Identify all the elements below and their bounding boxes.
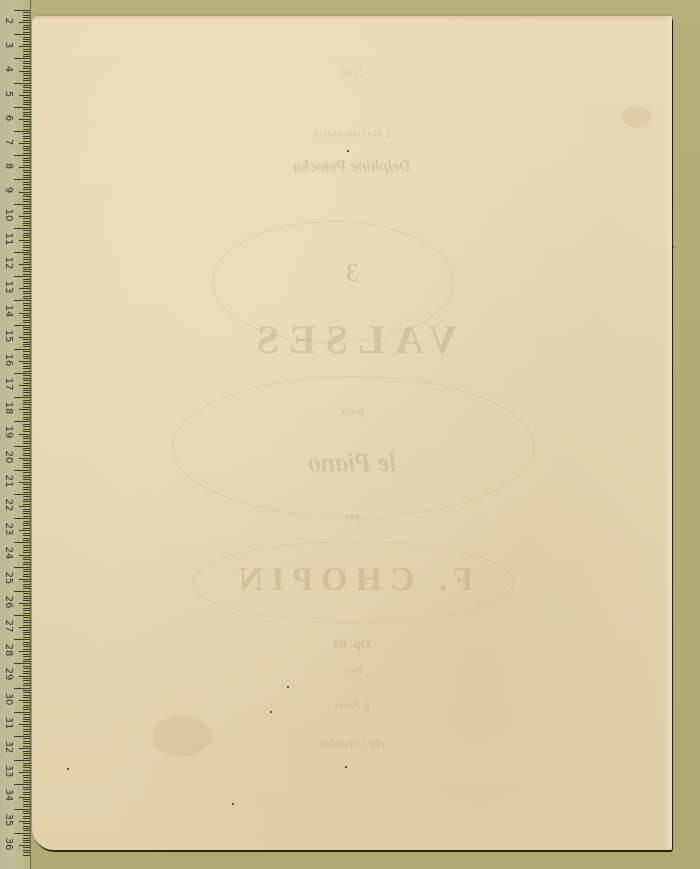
- ruler-tick: [23, 100, 30, 101]
- ruler-tick: [23, 455, 30, 456]
- ruler-tick: [14, 58, 30, 59]
- ruler-tick: [14, 276, 30, 277]
- bleed-title: VALSES: [32, 316, 672, 363]
- ruler-tick: [23, 644, 30, 645]
- ruler-tick: [23, 25, 30, 26]
- paper-speck: [287, 686, 289, 688]
- ruler-tick: [14, 446, 30, 447]
- ruler-tick: [23, 102, 30, 103]
- ruler-tick: [23, 342, 30, 343]
- ruler-tick: [14, 470, 30, 471]
- ruler-tick: [23, 136, 30, 137]
- ruler-tick: [23, 262, 30, 263]
- ruler-number: 31: [3, 716, 13, 730]
- ruler-tick: [14, 809, 30, 810]
- ruler-tick: [14, 833, 30, 834]
- ruler-tick: [23, 298, 30, 299]
- ruler-tick: [23, 75, 30, 76]
- ruler-number: 20: [3, 450, 13, 464]
- ruler-tick: [23, 605, 30, 606]
- ruler-tick: [23, 61, 30, 62]
- ruler-tick: [23, 189, 30, 190]
- ruler-tick: [19, 216, 30, 217]
- ruler-number: 14: [3, 304, 13, 318]
- ruler-tick: [23, 489, 30, 490]
- ruler-tick: [23, 73, 30, 74]
- ruler-tick: [23, 593, 30, 594]
- ruler-tick: [23, 564, 30, 565]
- ruler-number: 34: [3, 788, 13, 802]
- ruler-tick: [23, 826, 30, 827]
- ruler-tick: [23, 221, 30, 222]
- ruler-tick: [23, 847, 30, 848]
- bleed-dedication-line: à Mademoiselle: [32, 129, 672, 140]
- ruler-tick: [23, 654, 30, 655]
- ruler-tick: [23, 305, 30, 306]
- ruler-tick: [23, 811, 30, 812]
- ruler-tick: [23, 424, 30, 425]
- ruler-tick: [23, 596, 30, 597]
- ruler-tick: [23, 731, 30, 732]
- ruler-tick: [19, 651, 30, 652]
- ruler-tick: [23, 133, 30, 134]
- ruler-tick: [23, 414, 30, 415]
- ruler-tick: [23, 751, 30, 752]
- ruler-tick: [23, 184, 30, 185]
- ruler-tick: [23, 487, 30, 488]
- ruler-tick: [23, 170, 30, 171]
- ruler-tick: [23, 780, 30, 781]
- ruler-tick: [23, 656, 30, 657]
- ruler-tick: [23, 92, 30, 93]
- ruler-tick: [23, 775, 30, 776]
- ruler-tick: [23, 622, 30, 623]
- ruler-tick: [23, 44, 30, 45]
- ruler-number: 13: [3, 280, 13, 294]
- ruler-tick: [23, 714, 30, 715]
- ruler-tick: [23, 830, 30, 831]
- ruler-tick: [14, 712, 30, 713]
- ruler-tick: [23, 199, 30, 200]
- bleed-flourish: [172, 376, 534, 518]
- ruler-tick: [23, 705, 30, 706]
- ruler-tick: [23, 429, 30, 430]
- ruler-tick: [23, 56, 30, 57]
- ruler-tick: [23, 112, 30, 113]
- ruler-tick: [23, 453, 30, 454]
- ruler-tick: [23, 175, 30, 176]
- ruler-number: 10: [3, 208, 13, 222]
- ruler-number: 16: [3, 353, 13, 367]
- ruler-tick: [19, 337, 30, 338]
- ruler-tick: [14, 421, 30, 422]
- ruler-number: 2: [3, 14, 13, 28]
- ruler-tick: [23, 719, 30, 720]
- ruler-tick: [23, 467, 30, 468]
- ruler-tick: [23, 828, 30, 829]
- ruler-tick: [23, 392, 30, 393]
- ruler-tick: [23, 777, 30, 778]
- ruler-tick: [14, 663, 30, 664]
- ruler-tick: [23, 218, 30, 219]
- ruler-tick: [23, 586, 30, 587]
- ruler-tick: [23, 354, 30, 355]
- ruler-tick: [23, 211, 30, 212]
- ruler-number: 5: [3, 87, 13, 101]
- ruler-tick: [23, 160, 30, 161]
- ruler-tick: [23, 692, 30, 693]
- ruler-tick: [14, 300, 30, 301]
- ruler-tick: [19, 22, 30, 23]
- ruler-tick: [23, 308, 30, 309]
- ruler-tick: [23, 852, 30, 853]
- ruler-tick: [23, 317, 30, 318]
- ruler-tick: [23, 850, 30, 851]
- ruler-tick: [19, 264, 30, 265]
- ruler-tick: [19, 700, 30, 701]
- ruler-tick: [23, 20, 30, 21]
- ruler-tick: [23, 109, 30, 110]
- ruler-tick: [14, 252, 30, 253]
- ruler-tick: [23, 165, 30, 166]
- ruler-tick: [23, 194, 30, 195]
- ruler-tick: [23, 816, 30, 817]
- ruler-number: 11: [3, 232, 13, 246]
- ruler-tick: [23, 417, 30, 418]
- ruler-tick: [23, 697, 30, 698]
- ruler-tick: [23, 571, 30, 572]
- ruler-tick: [23, 254, 30, 255]
- paper-speck: [672, 246, 674, 248]
- ruler-tick: [23, 29, 30, 30]
- ruler-tick: [23, 283, 30, 284]
- ruler-tick: [23, 642, 30, 643]
- ruler-number: 17: [3, 377, 13, 391]
- ruler-tick: [19, 627, 30, 628]
- ruler-tick: [23, 738, 30, 739]
- ruler-tick: [23, 479, 30, 480]
- ruler-tick: [23, 213, 30, 214]
- ruler-tick: [23, 683, 30, 684]
- ruler-tick: [23, 509, 30, 510]
- ruler-tick: [23, 368, 30, 369]
- ruler-tick: [23, 726, 30, 727]
- ruler-tick: [19, 845, 30, 846]
- ruler-tick: [23, 552, 30, 553]
- ruler-tick: [23, 286, 30, 287]
- ruler-tick: [23, 765, 30, 766]
- ruler-tick: [23, 153, 30, 154]
- ruler-tick: [23, 150, 30, 151]
- ruler-tick: [23, 259, 30, 260]
- ruler-tick: [23, 690, 30, 691]
- ruler-tick: [23, 223, 30, 224]
- ruler-number: 7: [3, 135, 13, 149]
- paper-speck: [232, 803, 234, 805]
- ruler-number: 21: [3, 474, 13, 488]
- ruler-tick: [23, 823, 30, 824]
- ruler-tick: [23, 402, 30, 403]
- ruler-tick: [23, 741, 30, 742]
- ruler-tick: [19, 361, 30, 362]
- ruler-tick: [23, 600, 30, 601]
- ruler-tick: [23, 789, 30, 790]
- ruler-tick: [19, 71, 30, 72]
- ruler-tick: [23, 85, 30, 86]
- ruler-tick: [14, 325, 30, 326]
- ruler-tick: [23, 465, 30, 466]
- ruler-tick: [23, 632, 30, 633]
- ruler-tick: [23, 37, 30, 38]
- ruler-tick: [23, 363, 30, 364]
- ruler-tick: [23, 709, 30, 710]
- ruler-tick: [23, 787, 30, 788]
- ruler-tick: [23, 346, 30, 347]
- ruler-tick: [23, 499, 30, 500]
- ruler-number: 36: [3, 837, 13, 851]
- ruler-tick: [19, 119, 30, 120]
- ruler-tick: [23, 538, 30, 539]
- ruler-tick: [23, 177, 30, 178]
- paper-right-edge: [664, 16, 672, 850]
- ruler-tick: [23, 196, 30, 197]
- ruler-tick: [19, 409, 30, 410]
- ruler-tick: [23, 395, 30, 396]
- ruler-tick: [23, 344, 30, 345]
- bleed-pour: pour: [32, 404, 672, 419]
- ruler-number: 27: [3, 619, 13, 633]
- ruler-number: 18: [3, 401, 13, 415]
- ruler-tick: [14, 373, 30, 374]
- ruler-tick: [14, 639, 30, 640]
- ruler-tick: [23, 12, 30, 13]
- ruler-tick: [23, 610, 30, 611]
- ruler-tick: [23, 383, 30, 384]
- ruler-tick: [19, 240, 30, 241]
- ruler-tick: [19, 579, 30, 580]
- ruler-tick: [23, 412, 30, 413]
- ruler-tick: [23, 533, 30, 534]
- ruler-tick: [23, 78, 30, 79]
- ruler-tick: [23, 124, 30, 125]
- ruler-tick: [14, 615, 30, 616]
- ruler-tick: [23, 477, 30, 478]
- ruler-tick: [23, 51, 30, 52]
- ruler-tick: [23, 230, 30, 231]
- ruler-tick: [23, 269, 30, 270]
- ruler-tick: [23, 97, 30, 98]
- ruler-number: 24: [3, 546, 13, 560]
- ruler-tick: [14, 736, 30, 737]
- ruler-tick: [23, 404, 30, 405]
- ruler-tick: [23, 80, 30, 81]
- ruler-tick: [19, 555, 30, 556]
- ruler-tick: [23, 637, 30, 638]
- ruler-tick: [23, 443, 30, 444]
- ruler-tick: [23, 758, 30, 759]
- ruler-number: 8: [3, 159, 13, 173]
- ruler-tick: [23, 257, 30, 258]
- ruler-tick: [14, 34, 30, 35]
- ruler-tick: [14, 155, 30, 156]
- ruler-tick: [19, 530, 30, 531]
- bleed-dedicatee: Delphine Potocka: [32, 158, 672, 176]
- ruler-tick: [23, 315, 30, 316]
- ruler-tick: [23, 327, 30, 328]
- ruler-tick: [19, 506, 30, 507]
- ruler-tick: [23, 182, 30, 183]
- ruler-tick: [19, 385, 30, 386]
- ruler-tick: [23, 574, 30, 575]
- ruler-tick: [23, 504, 30, 505]
- ruler-tick: [23, 201, 30, 202]
- ruler-tick: [19, 821, 30, 822]
- ruler-tick: [14, 397, 30, 398]
- ruler-tick: [19, 603, 30, 604]
- paper-speck: [270, 711, 272, 713]
- ruler-tick: [23, 528, 30, 529]
- ruler-number: 26: [3, 595, 13, 609]
- ruler-tick: [23, 90, 30, 91]
- ruler-tick: [23, 801, 30, 802]
- ruler-tick: [23, 557, 30, 558]
- ruler-tick: [23, 661, 30, 662]
- ruler-tick: [23, 496, 30, 497]
- ruler-tick: [23, 463, 30, 464]
- ruler-tick: [23, 27, 30, 28]
- ruler-tick: [23, 659, 30, 660]
- ruler-tick: [23, 521, 30, 522]
- ruler-tick: [23, 431, 30, 432]
- ruler-tick: [23, 351, 30, 352]
- ruler-tick: [23, 492, 30, 493]
- ruler-number: 29: [3, 667, 13, 681]
- ruler-tick: [23, 680, 30, 681]
- ruler-tick: [23, 332, 30, 333]
- ruler-tick: [23, 613, 30, 614]
- ruler-tick: [23, 634, 30, 635]
- ruler-tick: [23, 729, 30, 730]
- ruler-tick: [19, 434, 30, 435]
- bleed-publisher: chez Brandus: [32, 736, 672, 751]
- ruler-tick: [23, 138, 30, 139]
- bleed-numeral: 3: [32, 258, 672, 288]
- ruler-tick: [23, 303, 30, 304]
- ruler-tick: [19, 748, 30, 749]
- ruler-tick: [14, 542, 30, 543]
- ruler-tick: [23, 753, 30, 754]
- ruler-tick: [23, 685, 30, 686]
- ruler-tick: [23, 158, 30, 159]
- ruler-tick: [23, 441, 30, 442]
- ruler-tick: [23, 68, 30, 69]
- ruler-tick: [23, 799, 30, 800]
- ruler-tick: [23, 322, 30, 323]
- ruler-number: 23: [3, 522, 13, 536]
- ruler-number: 19: [3, 425, 13, 439]
- ruler-tick: [14, 349, 30, 350]
- ruler-tick: [23, 407, 30, 408]
- ruler-tick: [23, 419, 30, 420]
- ruler-tick: [23, 794, 30, 795]
- ruler-tick: [23, 66, 30, 67]
- ruler-number: 6: [3, 111, 13, 125]
- ruler-tick: [23, 617, 30, 618]
- ruler-tick: [23, 755, 30, 756]
- ruler-tick: [19, 95, 30, 96]
- ruler-tick: [23, 516, 30, 517]
- ruler-tick: [14, 83, 30, 84]
- ruler-tick: [23, 320, 30, 321]
- ruler-tick: [23, 671, 30, 672]
- ruler-tick: [14, 518, 30, 519]
- ruler-tick: [23, 32, 30, 33]
- ruler-tick: [23, 842, 30, 843]
- ruler-tick: [23, 141, 30, 142]
- ruler-tick: [23, 763, 30, 764]
- ruler-tick: [23, 513, 30, 514]
- ruler-tick: [23, 267, 30, 268]
- ruler-tick: [23, 293, 30, 294]
- bleed-price: Prix: [32, 666, 672, 677]
- ruler-tick: [23, 334, 30, 335]
- ruler-tick: [23, 225, 30, 226]
- ruler-tick: [23, 767, 30, 768]
- ruler-tick: [14, 131, 30, 132]
- ruler-tick: [23, 296, 30, 297]
- ruler-tick: [23, 813, 30, 814]
- ruler-tick: [23, 818, 30, 819]
- ruler-tick: [23, 835, 30, 836]
- ruler-tick: [23, 472, 30, 473]
- ruler-tick: [23, 129, 30, 130]
- paper-sheet: 2100 à Mademoiselle Delphine Potocka 3 V…: [32, 16, 672, 850]
- ruler-tick: [23, 666, 30, 667]
- ruler-tick: [23, 87, 30, 88]
- ruler-tick: [23, 707, 30, 708]
- ruler-tick: [23, 310, 30, 311]
- ruler-tick: [23, 598, 30, 599]
- ruler-tick: [14, 107, 30, 108]
- ruler-tick: [23, 540, 30, 541]
- ruler-tick: [23, 41, 30, 42]
- ruler-number: 4: [3, 62, 13, 76]
- ruler-tick: [23, 734, 30, 735]
- ruler-number: 28: [3, 643, 13, 657]
- ruler-tick: [23, 271, 30, 272]
- ruler-tick: [23, 279, 30, 280]
- ruler-number: 25: [3, 571, 13, 585]
- ruler-tick: [14, 10, 30, 11]
- ruler-tick: [23, 380, 30, 381]
- ruler-tick: [23, 450, 30, 451]
- ruler-tick: [23, 770, 30, 771]
- ruler-tick: [23, 484, 30, 485]
- ruler-tick: [23, 630, 30, 631]
- ruler-tick: [23, 721, 30, 722]
- ruler-tick: [23, 588, 30, 589]
- ruler-number: 35: [3, 813, 13, 827]
- ruler-tick: [23, 15, 30, 16]
- ruler-tick: [23, 114, 30, 115]
- ruler-tick: [23, 668, 30, 669]
- ruler-tick: [23, 562, 30, 563]
- ruler-tick: [23, 646, 30, 647]
- ruler-tick: [23, 782, 30, 783]
- ruler-tick: [23, 400, 30, 401]
- ruler-number: 9: [3, 183, 13, 197]
- ruler-tick: [23, 743, 30, 744]
